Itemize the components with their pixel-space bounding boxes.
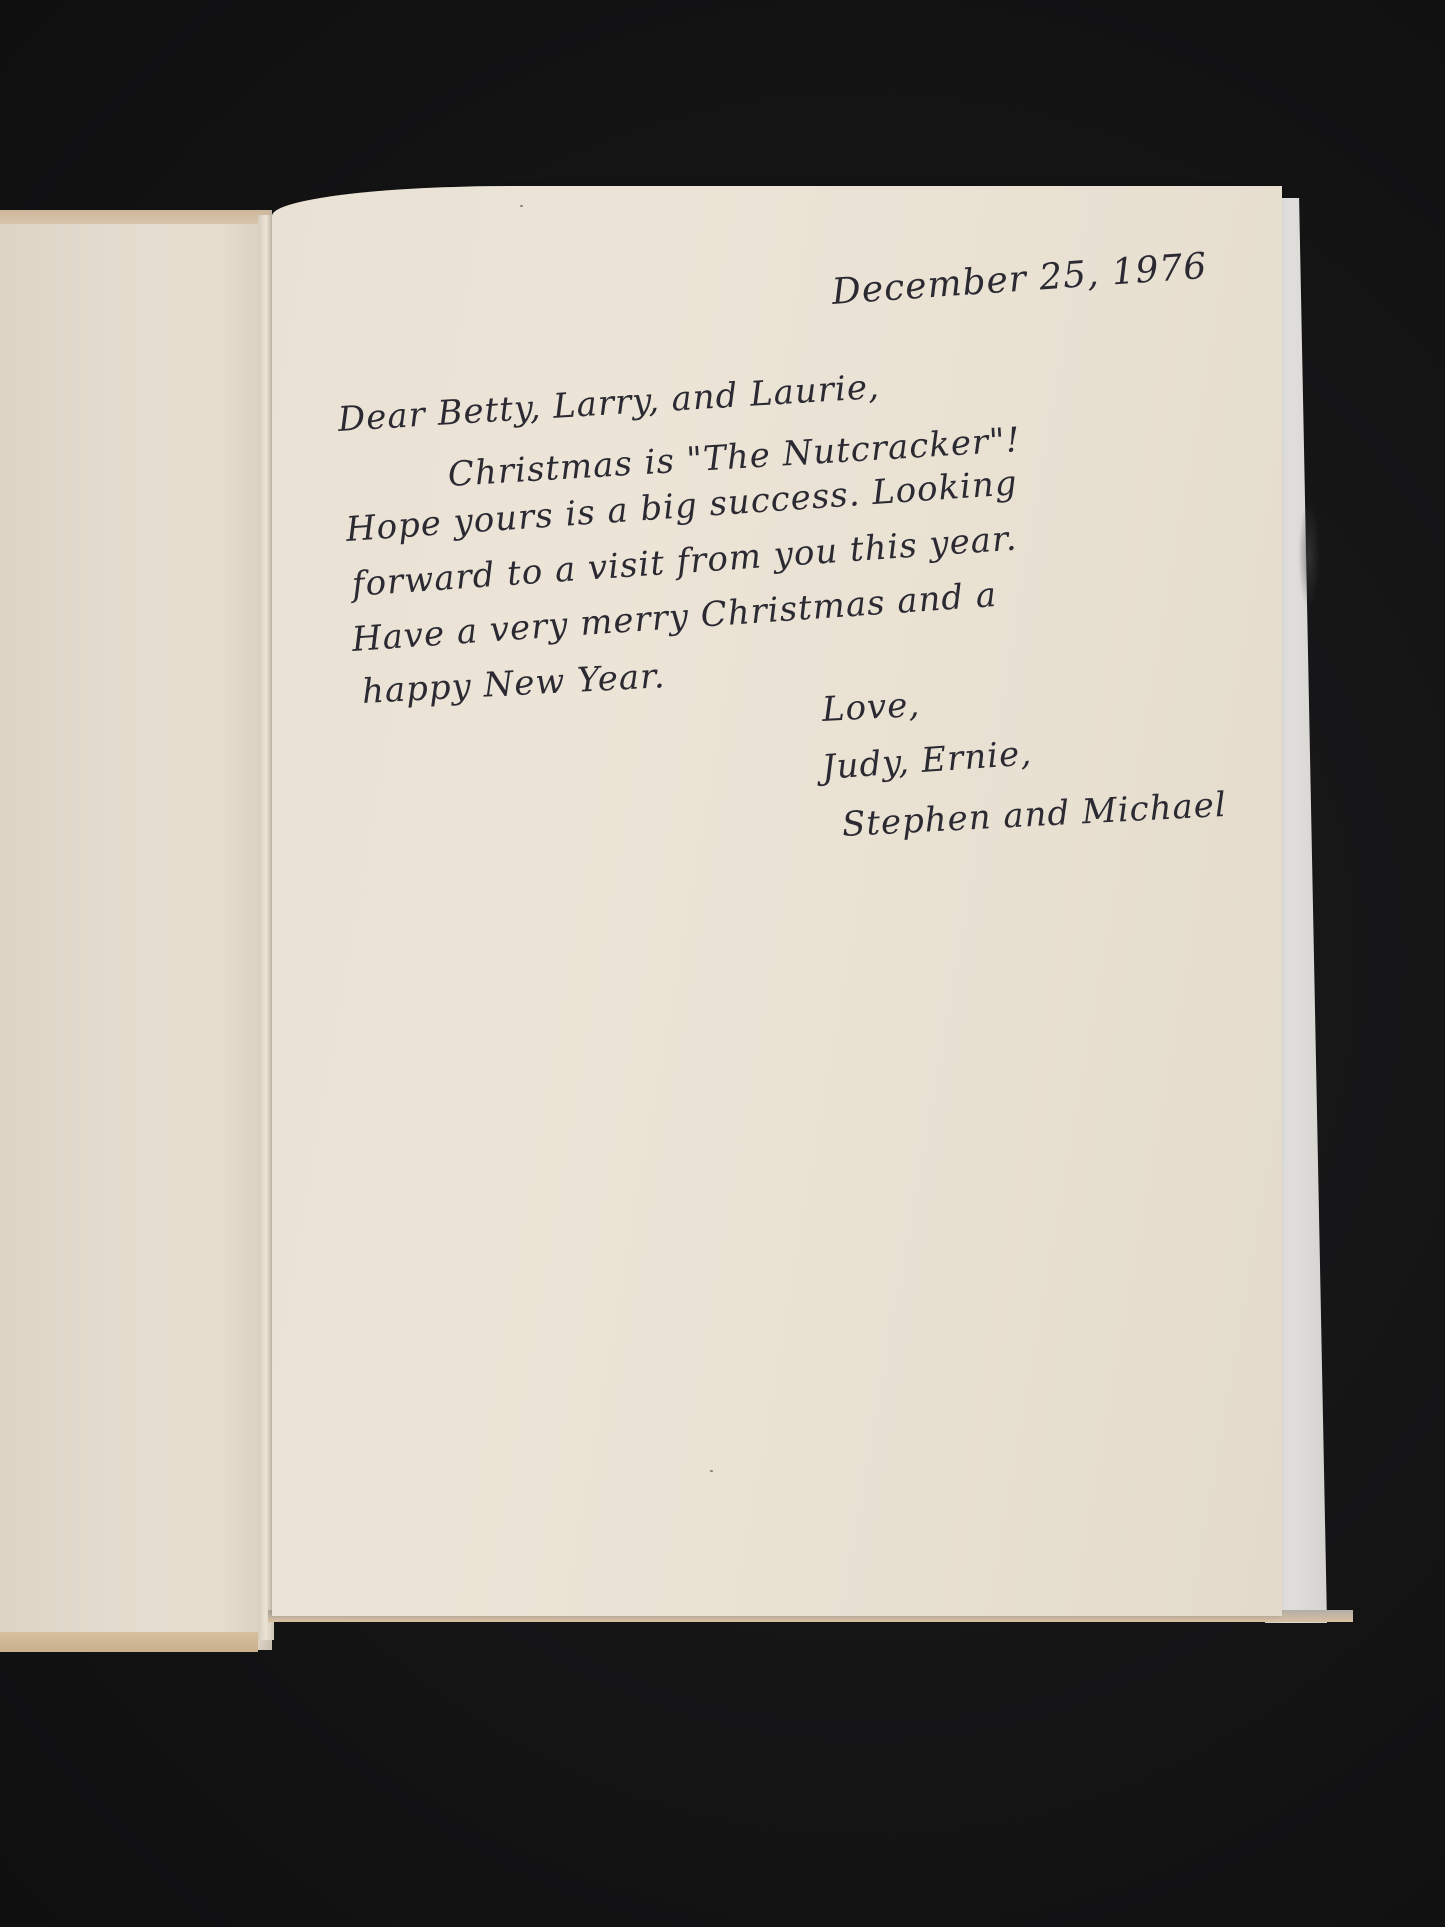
inscription-closing: Love,: [821, 685, 921, 730]
paper-speck: [710, 1470, 713, 1472]
paper-speck: [520, 205, 523, 207]
cover-top-edge: [0, 210, 270, 224]
inside-front-cover: [0, 210, 272, 1650]
page-edge-smudge: [1298, 500, 1320, 610]
cover-bottom-edge: [0, 1632, 258, 1652]
